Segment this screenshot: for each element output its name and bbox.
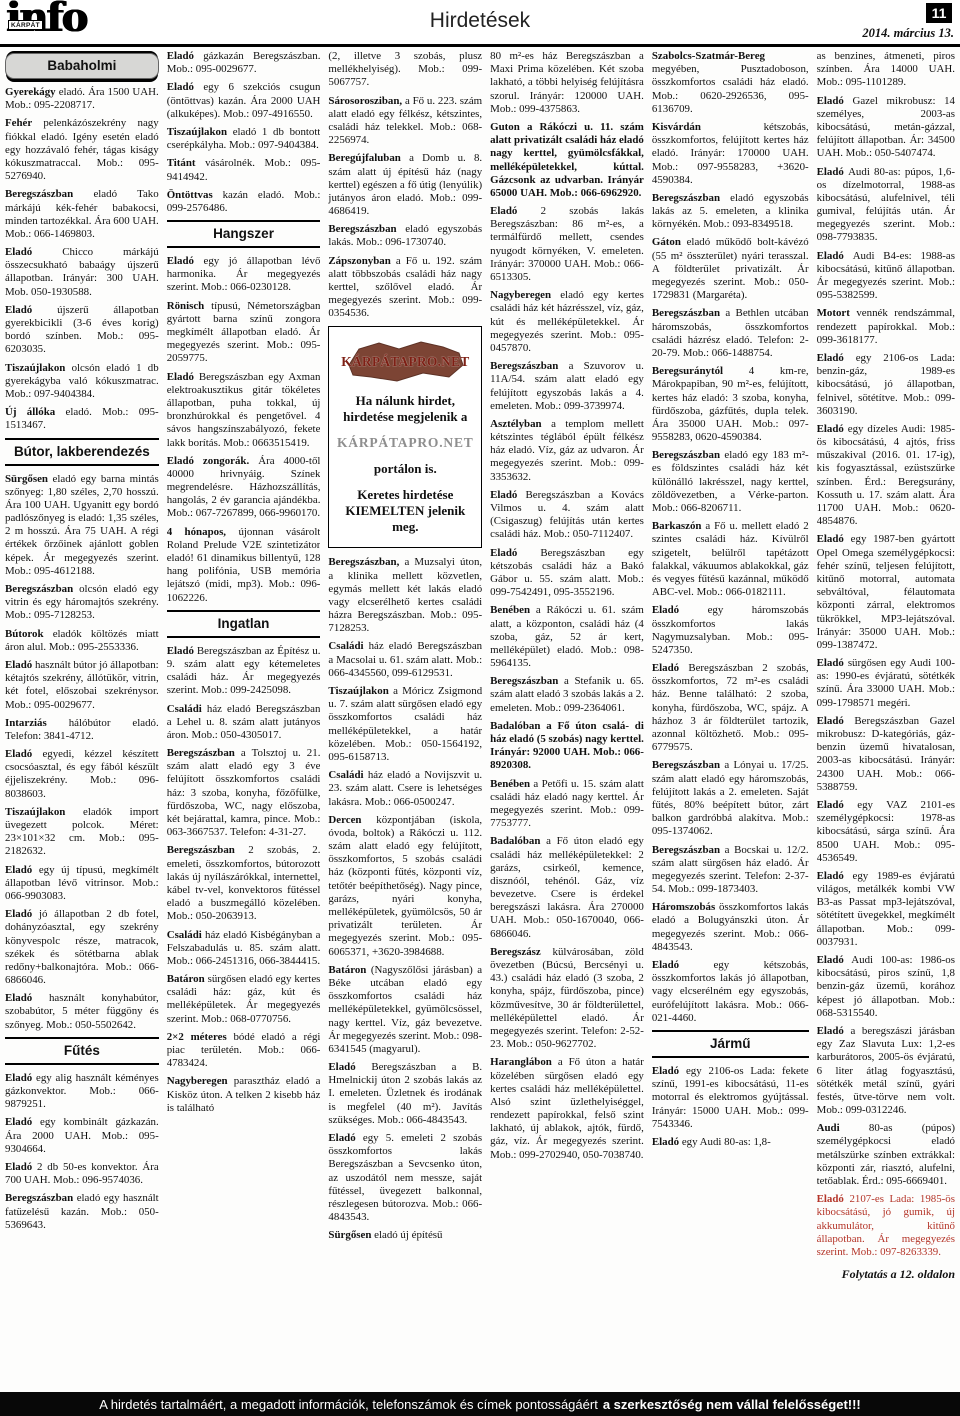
ad-lead: Beregszászban [167,844,249,856]
ad-lead: Eladó [817,166,848,178]
classified-ad: Eladó Beregszászban 2 szobás, összkomfor… [652,662,809,754]
promo-site-name: KÁRPÁTAPRO.NET [333,435,477,451]
ad-lead: Fehér [5,117,43,129]
ad-lead: Eladó [167,255,204,267]
ad-lead: Barkaszón [652,520,706,532]
ad-lead: Eladó [5,246,62,258]
ad-lead: Intarziás [5,717,69,729]
ad-lead: Beregszászban [167,747,241,759]
classified-ad: Beregszászban olcsón eladó egy vitrin és… [5,583,159,623]
ad-lead: Eladó [5,748,42,760]
classified-ad: Eladó egy 1987-ben gyártott Opel Omega s… [817,533,955,652]
classified-ad: Eladó gázkazán Beregszászban. Mob.: 095-… [167,50,321,76]
classified-ad: Tiszaújlakon eladók import üvegezett pol… [5,806,159,859]
classified-ad: Batáron sürgősen eladó egy kertes család… [167,973,321,1026]
classified-ad: Kisvárdán kétszobás, összkomfortos, felú… [652,121,809,187]
classified-ad: Barkaszón a Fő u. mellett eladó 2 szinte… [652,520,809,599]
ad-lead: Audi [817,1122,869,1134]
ad-lead: Eladó [167,371,199,383]
classified-ad: Eladó sürgősen egy Audi 100-as: 1990-es … [817,657,955,710]
classified-ad: Beregszászban a Bocskai u. 12/2. szám al… [652,844,809,897]
classified-ad: Eladó a beregszászi járásban egy Zaz Sla… [817,1025,955,1117]
classified-ad: Eladó Beregszászban Gazel mikrobusz: D-k… [817,715,955,794]
issue-date: 2014. március 13. [862,26,954,41]
ad-lead: Beregszászban [490,360,568,372]
ad-lead: Eladó [652,1136,682,1148]
ad-lead: Eladó [817,954,852,966]
ad-lead: Batáron [167,973,208,985]
ad-lead: Új állóka [5,406,66,418]
classified-ad: Sárosorosziban, a Fő u. 223. szám alatt … [328,95,482,148]
section-header: Jármű [652,1030,809,1058]
ad-lead: Tiszaújlakon [167,126,233,138]
classified-ad: Beregszász külvárosában, zöld övezetben … [490,946,644,1052]
classified-ad: Eladó egy alig használt kéményes gázkonv… [5,1072,159,1112]
ad-lead: Eladó [490,489,525,501]
ad-lead: Motort [817,307,857,319]
ad-lead: Eladó [817,657,848,669]
newspaper-column-6: as benzines, átmeneti, piros színben. Ár… [817,50,955,1389]
classified-ad: Beregszászban a Bethlen utcában háromszo… [652,307,809,360]
ad-lead: Háromszobás [652,901,719,913]
ad-lead: Eladó [817,799,858,811]
ad-lead: Nagyberegen [490,289,560,301]
ad-lead: Beregújfaluban [328,152,409,164]
classified-ad: Beregszászban eladó Tako márkájú kék-feh… [5,188,159,241]
ad-lead: Sürgősen [328,1229,374,1241]
ad-lead: Sürgősen [5,473,53,485]
classified-ad: Eladó egy háromszobás összkomfortos laká… [652,604,809,657]
ad-lead: Sárosorosziban, [328,95,405,107]
ad-lead: Eladó [817,250,853,262]
ad-lead: Beregszászban [5,583,79,595]
classified-ad: Tiszaújlakon a Móricz Zsigmond u. 7. szá… [328,685,482,764]
promo-line: hirdetése megjelenik a [333,409,477,425]
classified-ad: Családi ház eladó Beregszászban a Lehel … [167,703,321,743]
section-header: Ingatlan [167,610,321,638]
classified-ad: Bútorok eladók költözés miatt áron alul.… [5,628,159,654]
promo-line: Keretes hirdetése [333,487,477,503]
page-number: 11 [926,3,952,23]
disclaimer-bar: A hirdetés tartalmáért, a megadott infor… [0,1392,960,1416]
classified-ad: Eladó Beregszászban az Építész u. 9. szá… [167,645,321,698]
section-header: Bútor, lakberendezés [5,438,159,466]
section-header: Babaholmi [5,53,159,79]
ad-lead: Eladó [817,533,851,545]
classified-ad: Eladó zongorák. Ára 4000-től 40000 hrivn… [167,455,321,521]
ad-lead: Eladó [5,659,35,671]
ad-lead: Beregszászban [652,192,730,204]
ad-lead: Zápszonyban [328,255,395,267]
classified-ad: Badalóban a Fő úton eladó egy családi há… [490,835,644,941]
classified-ad: Eladó 2 szobás lakás Beregszászban: 86 m… [490,205,644,284]
classified-ad: Audi 80-as (púpos) személygépkocsi eladó… [817,1122,955,1188]
ad-lead: Eladó [167,50,204,62]
classified-ad: Fehér pelenkázószekrény nagy fiókkal ela… [5,117,159,183]
classified-ad: Eladó Audi 100-as: 1986-os kibocsátású, … [817,954,955,1020]
classified-ad: Sürgősen eladó egy barna mintás szőnyeg:… [5,473,159,579]
classifieds-columns: BabaholmiGyerekágy eladó. Ára 1500 UAH. … [5,50,955,1389]
ad-lead: Eladó [652,1065,686,1077]
newspaper-column-2: Eladó gázkazán Beregszászban. Mob.: 095-… [167,50,321,1389]
ad-lead: 4 hónapos, [167,526,239,538]
ad-lead: Családi [167,703,207,715]
classified-ad: Eladó Beregszászban a Kovács Vilmos u. 4… [490,489,644,542]
ad-lead: Eladó [652,959,714,971]
ad-lead: Rönisch [167,300,211,312]
disclaimer-text: A hirdetés tartalmáért, a megadott infor… [99,1397,598,1412]
ad-lead: Eladó [5,992,49,1004]
ad-lead: Titánt [167,157,205,169]
classified-ad: as benzines, átmeneti, piros színben. Ár… [817,50,955,90]
ad-lead: Eladó [167,81,204,93]
ad-lead: Eladó [5,304,57,316]
classified-ad: Haranglábon a Fő úton a határ közelében … [490,1056,644,1162]
ad-lead: Eladó [328,1132,362,1144]
ad-lead: Eladó [817,715,855,727]
classified-ad: Eladó egy jó állapotban lévő harmonika. … [167,255,321,295]
classified-ad: Rönisch típusú, Németországban gyártott … [167,300,321,366]
ad-lead: Beregszász [490,946,552,958]
ad-lead: Eladó [490,547,540,559]
classified-ad: Beregszászban a Stefanik u. 65. szám ala… [490,675,644,715]
ad-lead: Tiszaújlakon [5,806,83,818]
classified-ad: Sürgősen eladó új építésű [328,1229,482,1242]
classified-ad: Eladó jó állapotban 2 db fotel, dohányzó… [5,908,159,987]
classified-ad: Családi ház eladó a Novijszvit u. 23. sz… [328,769,482,809]
classified-ad: Eladó egy 5. emeleti 2 szobás összkomfor… [328,1132,482,1224]
ad-lead: Eladó [817,423,848,435]
classified-ad: Beregszászban a Szuvorov u. 11A/54. szám… [490,360,644,413]
classified-ad: Eladó használt bútor jó állapotban: kéta… [5,659,159,712]
classified-ad: Eladó egy Audi 80-as: 1,8- [652,1136,809,1149]
classified-ad: Beregszászban 2 szobás, 2. emeleti, össz… [167,844,321,923]
ad-lead: 2×2 méteres [167,1031,234,1043]
classified-ad: Eladó egy új típusú, megkímélt állapotba… [5,864,159,904]
classified-ad: Beregszászban a Tolsztoj u. 21. szám ala… [167,747,321,839]
ad-lead: Szabolcs-Szatmár-Bereg [652,50,765,62]
ad-lead: Családi [328,640,368,652]
ad-lead: Batáron [328,964,370,976]
classified-ad: Eladó Beregszászban egy Axman elektroaku… [167,371,321,450]
ad-lead: Beregszászban [328,223,405,235]
classified-ad: Gáton eladó működő bolt-kávézó (55 m² ös… [652,236,809,302]
ad-lead: Beregszászban, [328,556,404,568]
classified-ad: Eladó egy 1989-es évjáratú világos, metá… [817,870,955,949]
classified-ad: Intarziás hálóbútor eladó. Telefon: 3841… [5,717,159,743]
classified-ad: Eladó egy 2106-os Lada: fekete színű, 19… [652,1065,809,1131]
ad-lead: Eladó [328,1061,371,1073]
classified-ad: Eladó egy kétszobás, összkomfortos lakás… [652,959,809,1025]
ad-lead: Tiszaújlakon [5,362,72,374]
classified-ad: Eladó egy 6 szekciós csugun (öntöttvas) … [167,81,321,121]
classified-ad: Beregszászban eladó egy 183 m²-es földsz… [652,449,809,515]
section-header: Hangszer [167,220,321,248]
classified-ad: Új állóka eladó. Mob.: 095-1513467. [5,406,159,432]
classified-ad: Beregszászban eladó egy használt fatüzel… [5,1192,159,1232]
classified-ad: Családi ház eladó Kisbégányban a Felszab… [167,929,321,969]
classified-ad: Eladó Beregszászban a B. Hmelnickij úton… [328,1061,482,1127]
masthead: info KÁRPÁT Hirdetések 11 2014. március … [0,0,960,44]
classified-ad: Batáron (Nagyszőlősi járásban) a Béke ut… [328,964,482,1056]
newspaper-column-1: BabaholmiGyerekágy eladó. Ára 1500 UAH. … [5,50,159,1389]
page-title: Hirdetések [0,9,960,33]
classified-ad: Családi ház eladó Beregszászban a Macsol… [328,640,482,680]
newspaper-column-3: (2, illetve 3 szobás, plusz mellékhelyis… [328,50,482,1389]
classified-ad: Eladó Chicco márkájú összecsukható babaá… [5,246,159,299]
classified-ad: Nagyberegen eladó egy kertes családi ház… [490,289,644,355]
ad-lead: Családi [328,769,367,781]
classified-ad: Eladó egy dízeles Audi: 1985-ös kibocsát… [817,423,955,529]
classified-ad: Háromszobás összkomfortos lakás eladó a … [652,901,809,954]
ad-lead: Eladó [817,352,856,364]
classified-ad: Badalóban a Fő úton csalá- di ház eladó … [490,720,644,773]
ad-lead: Eladó [817,95,853,107]
promo-line: Ha nálunk hirdet, [333,393,477,409]
ad-lead: Beregszászban [652,844,725,856]
classified-ad: Eladó egyedi, kézzel készített csocsóasz… [5,748,159,801]
ad-lead: Beregszászban [652,449,725,461]
ad-lead: Gyerekágy [5,86,59,98]
classified-ad: 4 hónapos, újonnan vásárolt Roland Prelu… [167,526,321,605]
ad-lead: Bútorok [5,628,53,640]
classified-ad: Eladó újszerű állapotban gyerekbicikli (… [5,304,159,357]
classified-ad: Tiszaújlakon olcsón eladó 1 db gyerekágy… [5,362,159,402]
classified-ad: Guton a Rákóczi u. 11. szám alatt privat… [490,121,644,200]
ad-lead: Eladó [5,1116,40,1128]
classified-ad: Beregszászban eladó egyszobás lakás az 5… [652,192,809,232]
classified-ad: Asztélyban a templom mellett kétszintes … [490,418,644,484]
ad-lead: Eladó [652,604,708,616]
ad-lead: Guton a Rákóczi u. 11. szám [490,121,644,133]
ad-lead: Tiszaújlakon [328,685,393,697]
classified-ad: Tiszaújlakon eladó 1 db bontott cserépká… [167,126,321,152]
karpatapro-logo: KÁRPÁTAPRO.NET [341,337,469,387]
ad-lead: Beregszászban [652,307,726,319]
masthead-rule [0,44,960,47]
ad-lead: Eladó [652,662,688,674]
ad-lead: Eladó [817,870,853,882]
classified-ad: Beregújfaluban a Domb u. 8. szám alatt ú… [328,152,482,218]
classified-ad: Beregszászban eladó egyszobás lakás. Mob… [328,223,482,249]
ad-lead: Öntöttvas [167,189,223,201]
ad-lead: Eladó [167,645,197,657]
classified-ad: Eladó Audi 80-as: púpos, 1,6-os dízelmot… [817,166,955,245]
ad-lead: Családi [167,929,205,941]
ad-lead: Eladó [817,1193,850,1205]
newspaper-page: info KÁRPÁT Hirdetések 11 2014. március … [0,0,960,1416]
ad-lead: Kisvárdán [652,121,764,133]
classified-ad: Benében a Petőfi u. 15. szám alatt csalá… [490,778,644,831]
ad-lead: Beregszászban [5,188,93,200]
classified-ad: Dercen központjában (iskola, óvoda, bolt… [328,814,482,959]
classified-ad: Eladó 2107-es Lada: 1985-ös kibocsátású,… [817,1193,955,1259]
ad-lead: Eladó [490,205,540,217]
classified-ad: (2, illetve 3 szobás, plusz mellékhelyis… [328,50,482,90]
ad-lead: Beregsuránytól [652,365,749,377]
classified-ad: Öntöttvas kazán eladó. Mob.: 099-2576486… [167,189,321,215]
classified-ad: 2×2 méteres bódé eladó a régi piac terül… [167,1031,321,1071]
ad-lead: Nagyberegen [167,1075,234,1087]
ad-lead: Eladó [5,864,39,876]
classified-ad: Szabolcs-Szatmár-Bereg megyében, Pusztad… [652,50,809,116]
classified-ad: Eladó használt konyhabútor, szobabútor, … [5,992,159,1032]
classified-ad: Eladó egy VAZ 2101-es személygépkocsi: 1… [817,799,955,865]
classified-ad: Eladó egy 2106-os Lada: benzin-gáz, 1989… [817,352,955,418]
classified-ad: Eladó Beregszászban egy kétszobás család… [490,547,644,600]
ad-lead: Eladó [5,908,39,920]
newspaper-column-4: 80 m²-es ház Beregszászban a Maxi Prima … [490,50,644,1389]
ad-lead: Eladó zongorák. [167,455,259,467]
classified-ad: Nagyberegen parasztház eladó a Kisköz út… [167,1075,321,1115]
ad-lead: Badalóban [490,835,546,847]
ad-lead: Benében [490,778,533,790]
ad-lead: Eladó [5,1072,36,1084]
ad-lead: Beregszászban [652,759,724,771]
ad-lead: Dercen [328,814,376,826]
classified-ad: Beregszászban a Lónyai u. 17/25. szám al… [652,759,809,838]
karpatapro-promo-box: KÁRPÁTAPRO.NET Ha nálunk hirdet, hirdeté… [328,326,482,549]
ad-lead: Eladó [817,1025,851,1037]
ad-lead: Beregszászban [490,675,564,687]
ad-lead: Asztélyban [490,418,551,430]
disclaimer-text-bold: a szerkesztőség nem vállal felelősséget!… [603,1397,861,1412]
ad-lead: Badalóban a Fő úton csalá- [490,720,635,732]
promo-line: portálon is. [333,461,477,477]
classified-ad: Gyerekágy eladó. Ára 1500 UAH. Mob.: 095… [5,86,159,112]
classified-ad: Eladó Audi B4-es: 1988-as kibocsátású, k… [817,250,955,303]
ad-lead: Eladó [5,1161,37,1173]
promo-line: KIEMELTEN jelenik meg. [333,503,477,535]
ad-lead: Haranglábon [490,1056,558,1068]
classified-ad: Eladó egy kombinált gázkazán. Ára 2000 U… [5,1116,159,1156]
classified-ad: Titánt vásárolnék. Mob.: 095-9414942. [167,157,321,183]
classified-ad: Motort vennék rendszámmal, rendezett pap… [817,307,955,347]
continuation-note: Folytatás a 12. oldalon [817,1267,955,1282]
newspaper-column-5: Szabolcs-Szatmár-Bereg megyében, Pusztad… [652,50,809,1389]
ad-lead: Beregszászban [5,1192,77,1204]
classified-ad: Zápszonyban a Fő u. 192. szám alatt több… [328,255,482,321]
ad-lead: Gáton [652,236,687,248]
classified-ad: Beregsuránytól 4 km-re, Márokpapiban, 90… [652,365,809,444]
section-header: Fűtés [5,1037,159,1065]
classified-ad: 80 m²-es ház Beregszászban a Maxi Prima … [490,50,644,116]
classified-ad: Eladó Gazel mikrobusz: 14 személyes, 200… [817,95,955,161]
karpatapro-logo-text: KÁRPÁTAPRO.NET [341,354,469,370]
classified-ad: Beregszászban, a Muzsalyi úton, a klinik… [328,556,482,635]
ad-lead: Benében [490,604,536,616]
classified-ad: Eladó 2 db 50-es konvektor. Ára 700 UAH.… [5,1161,159,1187]
classified-ad: Benében a Rákóczi u. 61. szám alatt, a k… [490,604,644,670]
